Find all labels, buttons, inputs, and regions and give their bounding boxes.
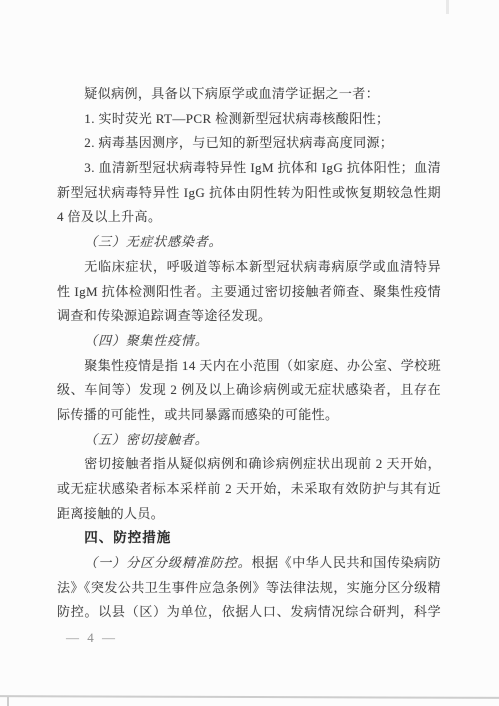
text-line: 或无症状感染者标本采样前 2 天开始，未采取有效防护与其有近 <box>57 477 441 502</box>
body-segment: 调查和传染源追踪调查等途径发现。 <box>57 308 271 323</box>
subsection-heading: （五）密切接触者。 <box>84 432 208 447</box>
text-line: （三）无症状感染者。 <box>57 230 441 255</box>
body-segment: 3. 血清新型冠状病毒特异性 IgM 抗体和 IgG 抗体阳性；血清 <box>84 160 441 175</box>
body-segment: 密切接触者指从疑似病例和确诊病例症状出现前 2 天开始， <box>84 456 441 471</box>
body-segment: 级、车间等）发现 2 例及以上确诊病例或无症状感染者，且存在人 <box>57 382 441 403</box>
scan-artifact-top-right <box>446 0 449 14</box>
text-line: 密切接触者指从疑似病例和确诊病例症状出现前 2 天开始， <box>57 452 441 477</box>
text-line: （五）密切接触者。 <box>57 428 441 453</box>
body-segment: 际传播的可能性，或共同暴露而感染的可能性。 <box>57 407 338 422</box>
text-line: 级、车间等）发现 2 例及以上确诊病例或无症状感染者，且存在人 <box>57 378 441 403</box>
text-line: 性 IgM 抗体检测阳性者。主要通过密切接触者筛查、聚集性疫情 <box>57 280 441 305</box>
text-line: （四）聚集性疫情。 <box>57 329 441 354</box>
document-page: 疑似病例，具备以下病原学或血清学证据之一者：1. 实时荧光 RT—PCR 检测新… <box>0 0 499 706</box>
body-text: 疑似病例，具备以下病原学或血清学证据之一者：1. 实时荧光 RT—PCR 检测新… <box>57 82 441 625</box>
text-line: 新型冠状病毒特异性 IgG 抗体由阴性转为阳性或恢复期较急性期 <box>57 181 441 206</box>
text-line: 距离接触的人员。 <box>57 502 441 527</box>
subsection-heading: （三）无症状感染者。 <box>84 234 222 249</box>
body-segment: 防控。以县（区）为单位，依据人口、发病情况综合研判，科学划分 <box>57 604 441 625</box>
text-line: 2. 病毒基因测序，与已知的新型冠状病毒高度同源； <box>57 131 441 156</box>
scan-artifact-bottom-left-tick <box>7 697 9 706</box>
text-line: 1. 实时荧光 RT—PCR 检测新型冠状病毒核酸阳性； <box>57 107 441 132</box>
text-line: 调查和传染源追踪调查等途径发现。 <box>57 304 441 329</box>
text-line: 四、防控措施 <box>57 526 441 551</box>
body-segment: 疑似病例，具备以下病原学或血清学证据之一者： <box>84 86 379 101</box>
section-heading: 四、防控措施 <box>84 530 171 546</box>
text-line: 无临床症状，呼吸道等标本新型冠状病毒病原学或血清特异 <box>57 255 441 280</box>
page-bottom-edge-line <box>0 695 499 698</box>
body-segment: 2. 病毒基因测序，与已知的新型冠状病毒高度同源； <box>84 135 393 150</box>
body-segment: 1. 实时荧光 RT—PCR 检测新型冠状病毒核酸阳性； <box>84 111 389 126</box>
text-line: 法》《突发公共卫生事件应急条例》等法律法规，实施分区分级精准 <box>57 576 441 601</box>
subsection-heading: （四）聚集性疫情。 <box>84 333 208 348</box>
page-number: — 4 — <box>66 630 118 646</box>
text-line: 疑似病例，具备以下病原学或血清学证据之一者： <box>57 82 441 107</box>
text-line: 际传播的可能性，或共同暴露而感染的可能性。 <box>57 403 441 428</box>
subsection-heading: （一）分区分级精准防控。 <box>84 555 251 570</box>
body-segment: 法》《突发公共卫生事件应急条例》等法律法规，实施分区分级精准 <box>57 580 441 601</box>
body-segment: 4 倍及以上升高。 <box>57 209 161 224</box>
body-segment: 新型冠状病毒特异性 IgG 抗体由阴性转为阳性或恢复期较急性期 <box>57 185 441 200</box>
text-line: 防控。以县（区）为单位，依据人口、发病情况综合研判，科学划分 <box>57 600 441 625</box>
text-line: （一）分区分级精准防控。根据《中华人民共和国传染病防治 <box>57 551 441 576</box>
body-segment: 聚集性疫情是指 14 天内在小范围（如家庭、办公室、学校班 <box>84 358 441 373</box>
text-line: 聚集性疫情是指 14 天内在小范围（如家庭、办公室、学校班 <box>57 354 441 379</box>
text-line: 3. 血清新型冠状病毒特异性 IgM 抗体和 IgG 抗体阳性；血清 <box>57 156 441 181</box>
body-segment: 无临床症状，呼吸道等标本新型冠状病毒病原学或血清特异 <box>84 259 441 274</box>
body-segment: 性 IgM 抗体检测阳性者。主要通过密切接触者筛查、聚集性疫情 <box>57 284 441 299</box>
body-segment: 距离接触的人员。 <box>57 506 164 521</box>
body-segment: 或无症状感染者标本采样前 2 天开始，未采取有效防护与其有近 <box>57 481 441 496</box>
text-line: 4 倍及以上升高。 <box>57 205 441 230</box>
